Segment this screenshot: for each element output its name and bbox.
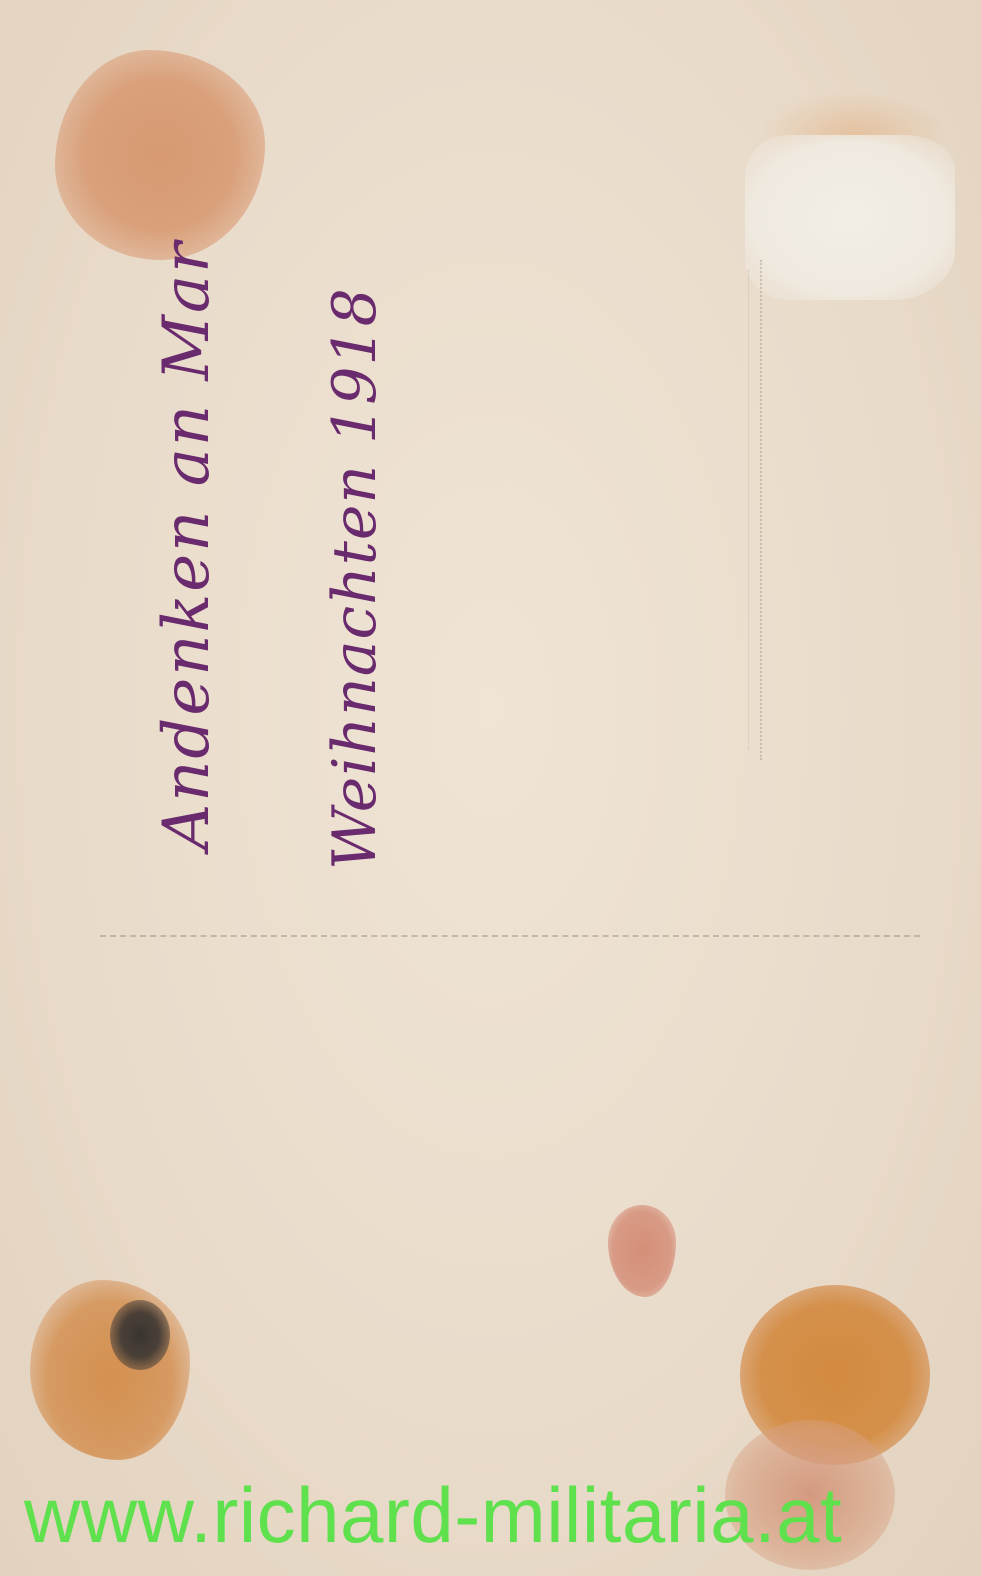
watermark-url: www.richard-militaria.at [24,1470,964,1560]
paper-abrasion-top-right [745,135,955,300]
handwritten-line-2: Weihnachten 1918 [320,287,390,870]
stain-bottom-middle [608,1205,676,1297]
handwritten-line-1: Andenken an Mar [150,240,224,850]
stain-top-left [55,50,265,260]
stamp-guide-line [760,260,762,760]
postcard-back: Andenken an Mar Weihnachten 1918 www.ric… [0,0,981,1576]
address-divider-line [100,935,920,937]
stain-bottom-left-dark [110,1300,170,1370]
stamp-guide-line-inner [748,270,749,750]
stain-bottom-left [30,1280,190,1460]
